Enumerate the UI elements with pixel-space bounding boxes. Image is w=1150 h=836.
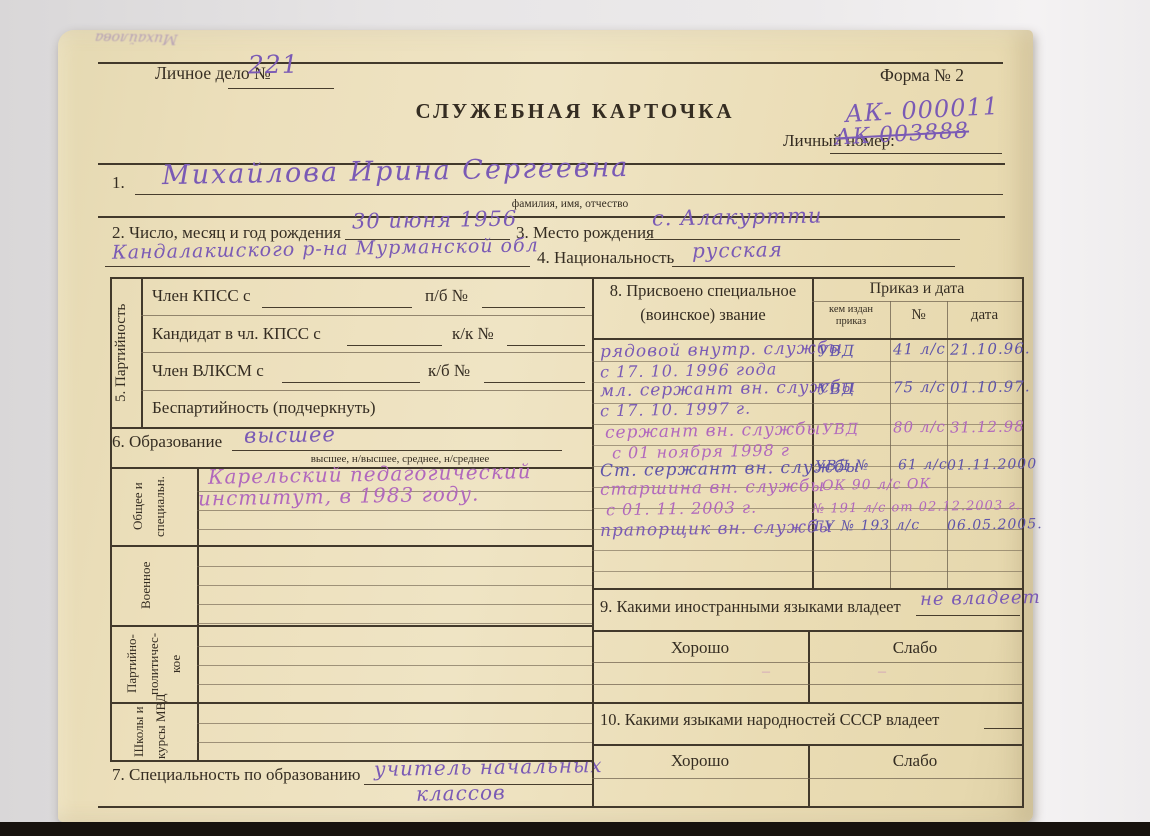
specialty-label: 7. Специальность по образованию xyxy=(112,765,361,785)
rank-row-text: с 17. 10. 1997 г. xyxy=(600,399,751,421)
edu-general-value-line2: институт, в 1983 году. xyxy=(198,482,480,511)
foreign-languages-value: не владеет xyxy=(920,587,1041,610)
personal-number-underline xyxy=(830,153,1002,154)
lang10-row-line xyxy=(592,778,1022,779)
ussr-languages-label: 10. Какими языками народностей СССР влад… xyxy=(600,710,939,730)
rank-row-number: 80 л/с xyxy=(893,418,946,437)
lang9-right-border xyxy=(1022,630,1024,702)
party-row-divider xyxy=(141,315,592,316)
blank-underline xyxy=(347,345,442,346)
rank-row-issuer: ГУ № 193 л/с xyxy=(814,517,920,535)
lang9-row-line xyxy=(592,662,1022,663)
blank-underline xyxy=(262,307,412,308)
lang9-col-weak: Слабо xyxy=(808,638,1022,658)
foreign-languages-label: 9. Какими иностранными языками владеет xyxy=(600,597,901,617)
faint-pen-dash: – xyxy=(878,663,886,681)
blank-underline xyxy=(282,382,420,383)
rule-below-name xyxy=(98,216,1005,218)
edu-general-side-label-l2: специальн. xyxy=(152,470,168,543)
field3-line2-underline xyxy=(105,266,530,267)
personal-file-underline xyxy=(228,88,334,89)
party-row1-label2: п/б № xyxy=(425,286,468,306)
edu-schools-side-label-l1: Школы и xyxy=(131,704,147,759)
bleed-through-handwriting: Михайлова xyxy=(94,29,178,46)
rank-header-line1: 8. Присвоено специальное xyxy=(597,281,809,301)
blank-underline xyxy=(507,345,585,346)
lang9-table-top xyxy=(592,630,1022,632)
lang9-row-line xyxy=(592,684,1022,685)
field4-underline xyxy=(672,266,955,267)
bottom-rule xyxy=(98,806,1022,808)
edu-military-ruled-area xyxy=(197,548,592,624)
party-side-label: 5. Партийность xyxy=(113,280,130,425)
col-issuer-label-l1: кем издан xyxy=(813,304,889,315)
rank-row-number: 75 л/с xyxy=(893,378,946,397)
lang10-col-weak: Слабо xyxy=(808,751,1022,771)
specialty-value-line1: учитель начальных xyxy=(374,753,603,781)
scanned-document-scene: Михайлова Личное дело № 221 Форма № 2 СЛ… xyxy=(0,0,1150,836)
lang9-col-good: Хорошо xyxy=(592,638,808,658)
specialty-value-line2: классов xyxy=(416,780,506,806)
party-bottom-border xyxy=(110,427,592,429)
rank-row-issuer: УВД № xyxy=(815,458,870,475)
edu-general-side-label-l1: Общее и xyxy=(130,470,146,543)
col-date-label: дата xyxy=(947,307,1022,324)
rank-row-issuer: УВД xyxy=(822,420,859,439)
field1-number: 1. xyxy=(112,173,125,193)
rank-row-date: 06.05.2005. xyxy=(947,516,1043,534)
ussr-languages-underline xyxy=(984,728,1022,729)
faint-pen-dash: – xyxy=(762,663,770,681)
table-top-border xyxy=(110,277,1022,279)
party-row2-label2: к/к № xyxy=(452,324,494,344)
rank-row-date: 01.10.97. xyxy=(950,377,1031,396)
party-row-divider xyxy=(141,352,592,353)
rank-row-date: 01.11.2000 xyxy=(947,456,1037,474)
field2-value: 30 июня 1956 xyxy=(352,207,518,234)
rank-row-date: 21.10.96. xyxy=(950,339,1031,358)
form-number: Форма № 2 xyxy=(880,65,964,86)
edu-party-side-label-l1: Партийно- xyxy=(124,628,140,700)
party-row4-label: Беспартийность (подчеркнуть) xyxy=(152,398,376,418)
education-label: 6. Образование xyxy=(112,432,222,452)
education-value: высшее xyxy=(244,422,336,448)
edu-party-ruled-area xyxy=(197,628,592,701)
blank-underline xyxy=(484,382,585,383)
rank-row-text: рядовой внутр. службы xyxy=(600,338,843,362)
order-header: Приказ и дата xyxy=(812,280,1022,298)
rank-row-number: 41 л/с xyxy=(893,340,946,359)
rank-row-text: старшина вн. службы xyxy=(600,476,825,500)
lang10-table-top xyxy=(592,744,1022,746)
party-row1-label: Член КПСС с xyxy=(152,286,251,306)
field4-value: русская xyxy=(692,237,783,263)
rank-header-line2: (воинское) звание xyxy=(597,305,809,325)
blank-underline xyxy=(482,307,585,308)
edu-section-divider xyxy=(110,625,592,627)
rank-row-order-span1: ОК 90 л/с ОК xyxy=(822,476,932,494)
edu-section-divider xyxy=(110,702,592,704)
field3-value: с. Алакуртти xyxy=(652,204,823,231)
scan-bottom-edge xyxy=(0,822,1150,836)
foreign-languages-underline xyxy=(916,615,1020,616)
lang10-col-good: Хорошо xyxy=(592,751,808,771)
rank-row-date: 31.12.98 xyxy=(950,417,1025,436)
edu-party-side-label-l2: политичес- xyxy=(146,628,162,700)
rank-row-text: с 01. 11. 2003 г. xyxy=(606,498,757,520)
rank-row-issuer: УВД xyxy=(818,342,855,361)
lang9-table-bottom xyxy=(592,702,1022,704)
edu-party-side-label-l3: кое xyxy=(168,628,184,700)
education-underline xyxy=(232,450,562,451)
field4-label: 4. Национальность xyxy=(537,248,674,268)
party-row-divider xyxy=(141,390,592,391)
edu-section-divider xyxy=(110,545,592,547)
lang10-right-border xyxy=(1022,744,1024,806)
field1-underline xyxy=(135,194,1003,195)
party-row2-label: Кандидат в чл. КПСС с xyxy=(152,324,321,344)
rank-row-issuer: УВД xyxy=(818,380,855,399)
table-left-border xyxy=(110,277,112,760)
col-number-label: № xyxy=(890,307,947,324)
rank-row-text: сержант вн. службы xyxy=(605,419,822,443)
edu-schools-side-label-l2: курсы МВД xyxy=(153,704,169,759)
party-row3-label: Член ВЛКСМ с xyxy=(152,361,264,381)
page-title: СЛУЖЕБНАЯ КАРТОЧКА xyxy=(360,99,790,124)
personal-file-number: 221 xyxy=(248,50,299,80)
edu-military-side-label: Военное xyxy=(138,550,154,620)
edu-schools-ruled-area xyxy=(197,705,592,759)
rank-row-text: прапорщик вн. службы xyxy=(600,517,834,541)
party-row3-label2: к/б № xyxy=(428,361,470,381)
order-header-divider xyxy=(812,301,1022,302)
col-issuer-label-l2: приказ xyxy=(813,316,889,327)
rank-row-number: 61 л/с xyxy=(898,457,948,474)
